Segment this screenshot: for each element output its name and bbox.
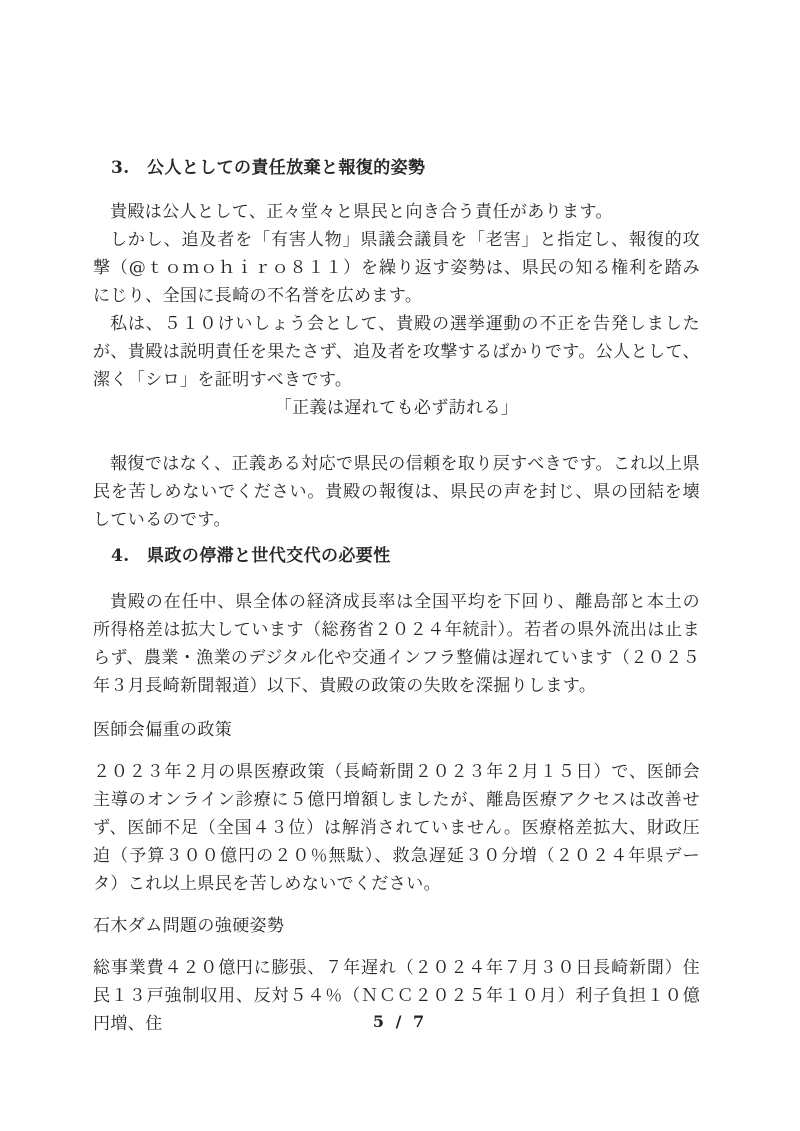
section-3-heading: 3. 公人としての責任放棄と報復的姿勢 bbox=[111, 154, 700, 182]
document-page: 3. 公人としての責任放棄と報復的姿勢 貴殿は公人として、正々堂々と県民と向き合… bbox=[0, 0, 800, 1131]
section-3-paragraph-1: 貴殿は公人として、正々堂々と県民と向き合う責任があります。 bbox=[93, 198, 700, 226]
section-3-closing-paragraph: 報復ではなく、正義ある対応で県民の信頼を取り戻すべきです。これ以上県民を苦しめな… bbox=[93, 450, 700, 534]
subsection-heading-medical: 医師会偏重の政策 bbox=[93, 716, 700, 744]
subsection-heading-dam: 石木ダム問題の強硬姿勢 bbox=[93, 912, 700, 940]
section-4-intro-paragraph: 貴殿の在任中、県全体の経済成長率は全国平均を下回り、離島部と本土の所得格差は拡大… bbox=[93, 588, 700, 700]
section-4-heading: 4. 県政の停滞と世代交代の必要性 bbox=[111, 542, 700, 570]
section-4-title: 県政の停滞と世代交代の必要性 bbox=[147, 542, 391, 570]
section-3-number: 3. bbox=[111, 154, 147, 182]
page-number-footer: 5 / 7 bbox=[0, 1012, 800, 1031]
section-3-paragraph-2: しかし、追及者を「有害人物」県議会議員を「老害」と指定し、報復的攻撃（@ｔｏｍｏ… bbox=[93, 226, 700, 310]
section-4-number: 4. bbox=[111, 542, 147, 570]
document-text-block: 3. 公人としての責任放棄と報復的姿勢 貴殿は公人として、正々堂々と県民と向き合… bbox=[93, 154, 700, 1038]
subsection-body-medical: ２０２３年２月の県医療政策（長崎新聞２０２３年２月１５日）で、医師会主導のオンラ… bbox=[93, 758, 700, 898]
section-3-title: 公人としての責任放棄と報復的姿勢 bbox=[147, 154, 425, 182]
section-3-paragraph-3: 私は、５１０けいしょう会として、貴殿の選挙運動の不正を告発しましたが、貴殿は説明… bbox=[93, 310, 700, 394]
centered-quote: 「正義は遅れても必ず訪れる」 bbox=[93, 394, 700, 422]
